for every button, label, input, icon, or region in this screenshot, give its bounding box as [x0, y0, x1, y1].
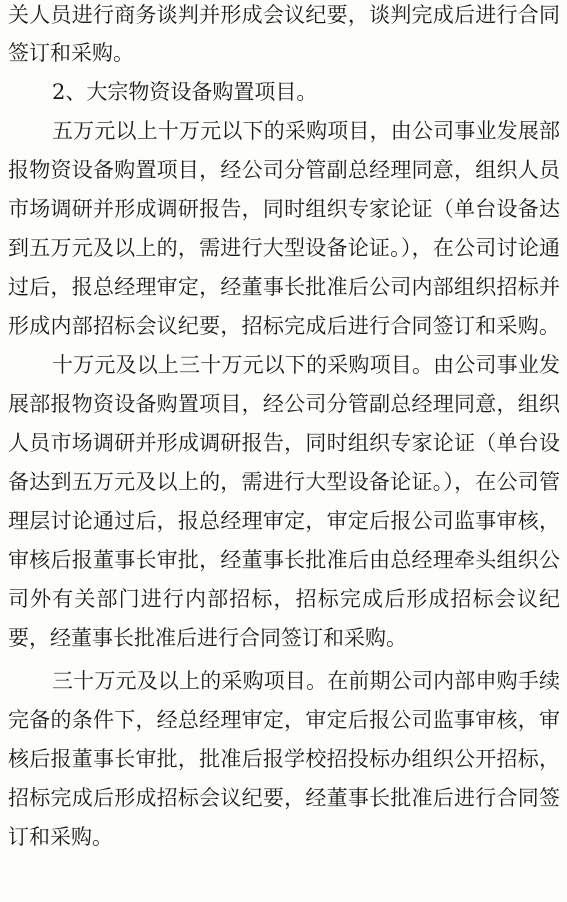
text-line: 十万元及以上三十万元以下的采购项目。由公司事业发 [52, 350, 560, 380]
text-line: 形成内部招标会议纪要，招标完成后进行合同签订和采购。 [8, 311, 560, 341]
text-line: 到五万元及以上的，需进行大型设备论证。），在公司讨论通 [8, 233, 560, 263]
text-line: 签订和采购。 [8, 38, 560, 68]
text-line: 理层讨论通过后，报总经理审定，审定后报公司监事审核， [8, 506, 560, 536]
text-line: 招标完成后形成招标会议纪要，经董事长批准后进行合同签 [8, 783, 560, 813]
text-line: 过后，报总经理审定，经董事长批准后公司内部组织招标并 [8, 272, 560, 302]
text-line: 报物资设备购置项目，经公司分管副总经理同意，组织人员 [8, 155, 560, 185]
text-line: 五万元以上十万元以下的采购项目，由公司事业发展部 [52, 116, 560, 146]
text-line: 三十万元及以上的采购项目。在前期公司内部申购手续 [52, 666, 560, 696]
text-line: 展部报物资设备购置项目，经公司分管副总经理同意，组织 [8, 389, 560, 419]
text-line: 关人员进行商务谈判并形成会议纪要，谈判完成后进行合同 [8, 0, 560, 30]
text-line: 市场调研并形成调研报告，同时组织专家论证（单台设备达 [8, 194, 560, 224]
text-line: 人员市场调研并形成调研报告，同时组织专家论证（单台设 [8, 428, 560, 458]
text-line: 司外有关部门进行内部招标，招标完成后形成招标会议纪 [8, 584, 560, 614]
text-line: 完备的条件下，经总经理审定，审定后报公司监事审核，审 [8, 705, 560, 735]
text-line: 订和采购。 [8, 822, 560, 852]
text-line: 核后报董事长审批，批准后报学校招投标办组织公开招标， [8, 744, 560, 774]
section-heading: 2、大宗物资设备购置项目。 [52, 77, 560, 107]
text-line: 审核后报董事长审批，经董事长批准后由总经理牵头组织公 [8, 545, 560, 575]
text-line: 要，经董事长批准后进行合同签订和采购。 [8, 623, 560, 653]
text-line: 备达到五万元及以上的，需进行大型设备论证。），在公司管 [8, 467, 560, 497]
